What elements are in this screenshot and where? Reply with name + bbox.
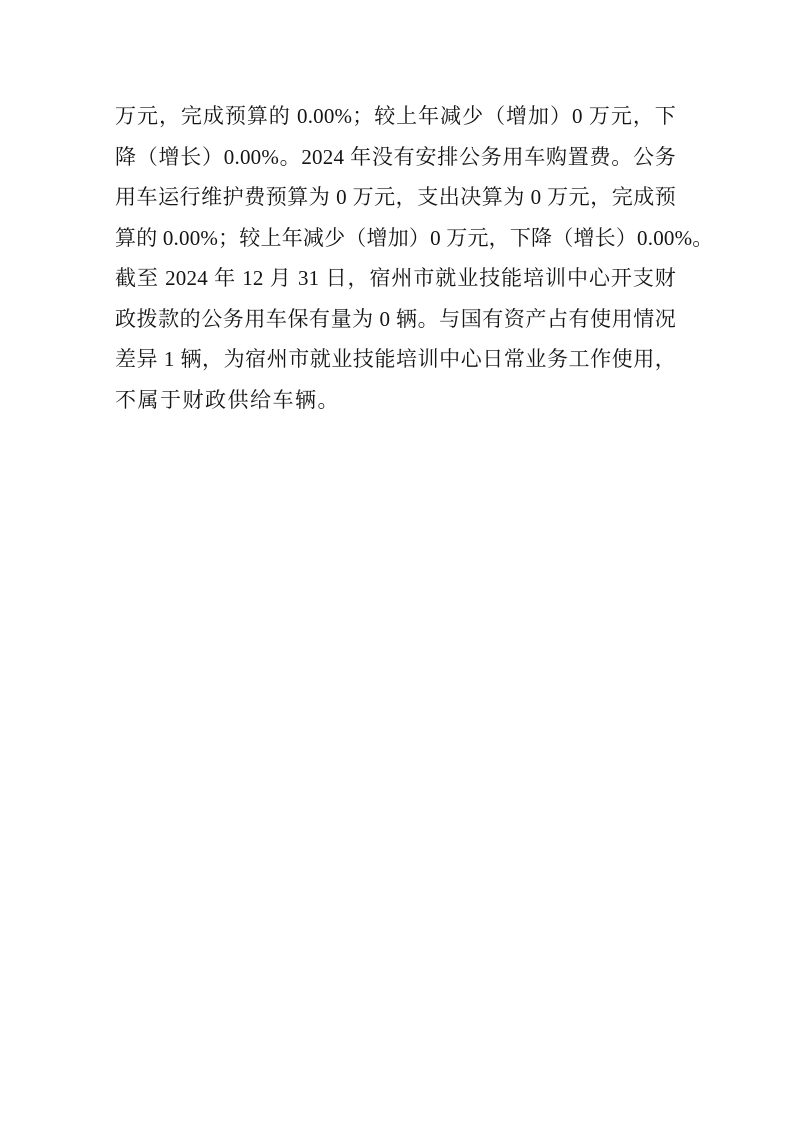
paragraph-line: 降（增长）0.00%。2024 年没有安排公务用车购置费。公务: [115, 137, 676, 178]
paragraph-line: 万元，完成预算的 0.00%；较上年减少（增加）0 万元，下: [115, 96, 676, 137]
paragraph-line: 算的 0.00%；较上年减少（增加）0 万元，下降（增长）0.00%。: [115, 218, 676, 259]
document-page: 万元，完成预算的 0.00%；较上年减少（增加）0 万元，下 降（增长）0.00…: [0, 0, 793, 1122]
paragraph-line: 差异 1 辆，为宿州市就业技能培训中心日常业务工作使用，: [115, 339, 676, 380]
paragraph-block: 万元，完成预算的 0.00%；较上年减少（增加）0 万元，下 降（增长）0.00…: [115, 96, 676, 420]
paragraph-line: 政拨款的公务用车保有量为 0 辆。与国有资产占有使用情况: [115, 299, 676, 340]
paragraph-line: 用车运行维护费预算为 0 万元，支出决算为 0 万元，完成预: [115, 177, 676, 218]
paragraph-line: 截至 2024 年 12 月 31 日，宿州市就业技能培训中心开支财: [115, 258, 676, 299]
paragraph-line-last: 不属于财政供给车辆。: [115, 380, 676, 421]
